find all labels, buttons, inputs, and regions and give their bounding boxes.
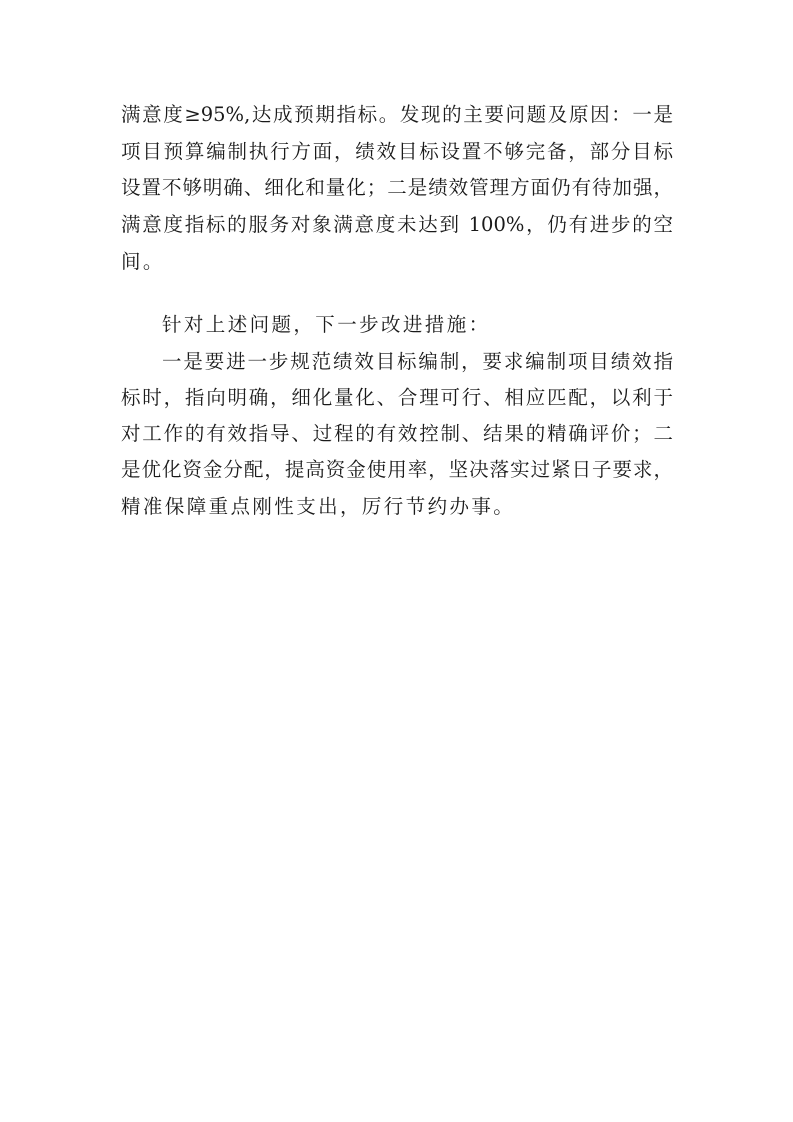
paragraph-3-line-2: 标时，指向明确，细化量化、合理可行、相应匹配，以利于 (121, 383, 673, 413)
paragraph-3-line-3: 对工作的有效指导、过程的有效控制、结果的精确评价；二 (121, 419, 673, 449)
paragraph-2-line-1: 针对上述问题，下一步改进措施： (162, 310, 491, 340)
paragraph-1-line-4: 满意度指标的服务对象满意度未达到 100%，仍有进步的空 (121, 210, 673, 240)
paragraph-1-line-1: 满意度≥95%,达成预期指标。发现的主要问题及原因：一是 (121, 100, 673, 130)
paragraph-1-line-2: 项目预算编制执行方面，绩效目标设置不够完备，部分目标 (121, 137, 673, 167)
paragraph-1-line-3: 设置不够明确、细化和量化；二是绩效管理方面仍有待加强， (121, 173, 673, 203)
paragraph-3-line-1: 一是要进一步规范绩效目标编制，要求编制项目绩效指 (162, 347, 673, 377)
paragraph-3-line-4: 是优化资金分配，提高资金使用率，坚决落实过紧日子要求， (121, 455, 673, 485)
paragraph-3-line-5: 精准保障重点刚性支出，厉行节约办事。 (121, 492, 673, 522)
paragraph-1-line-5: 间。 (121, 247, 673, 277)
document-page: 满意度≥95%,达成预期指标。发现的主要问题及原因：一是 项目预算编制执行方面，… (0, 0, 793, 1122)
